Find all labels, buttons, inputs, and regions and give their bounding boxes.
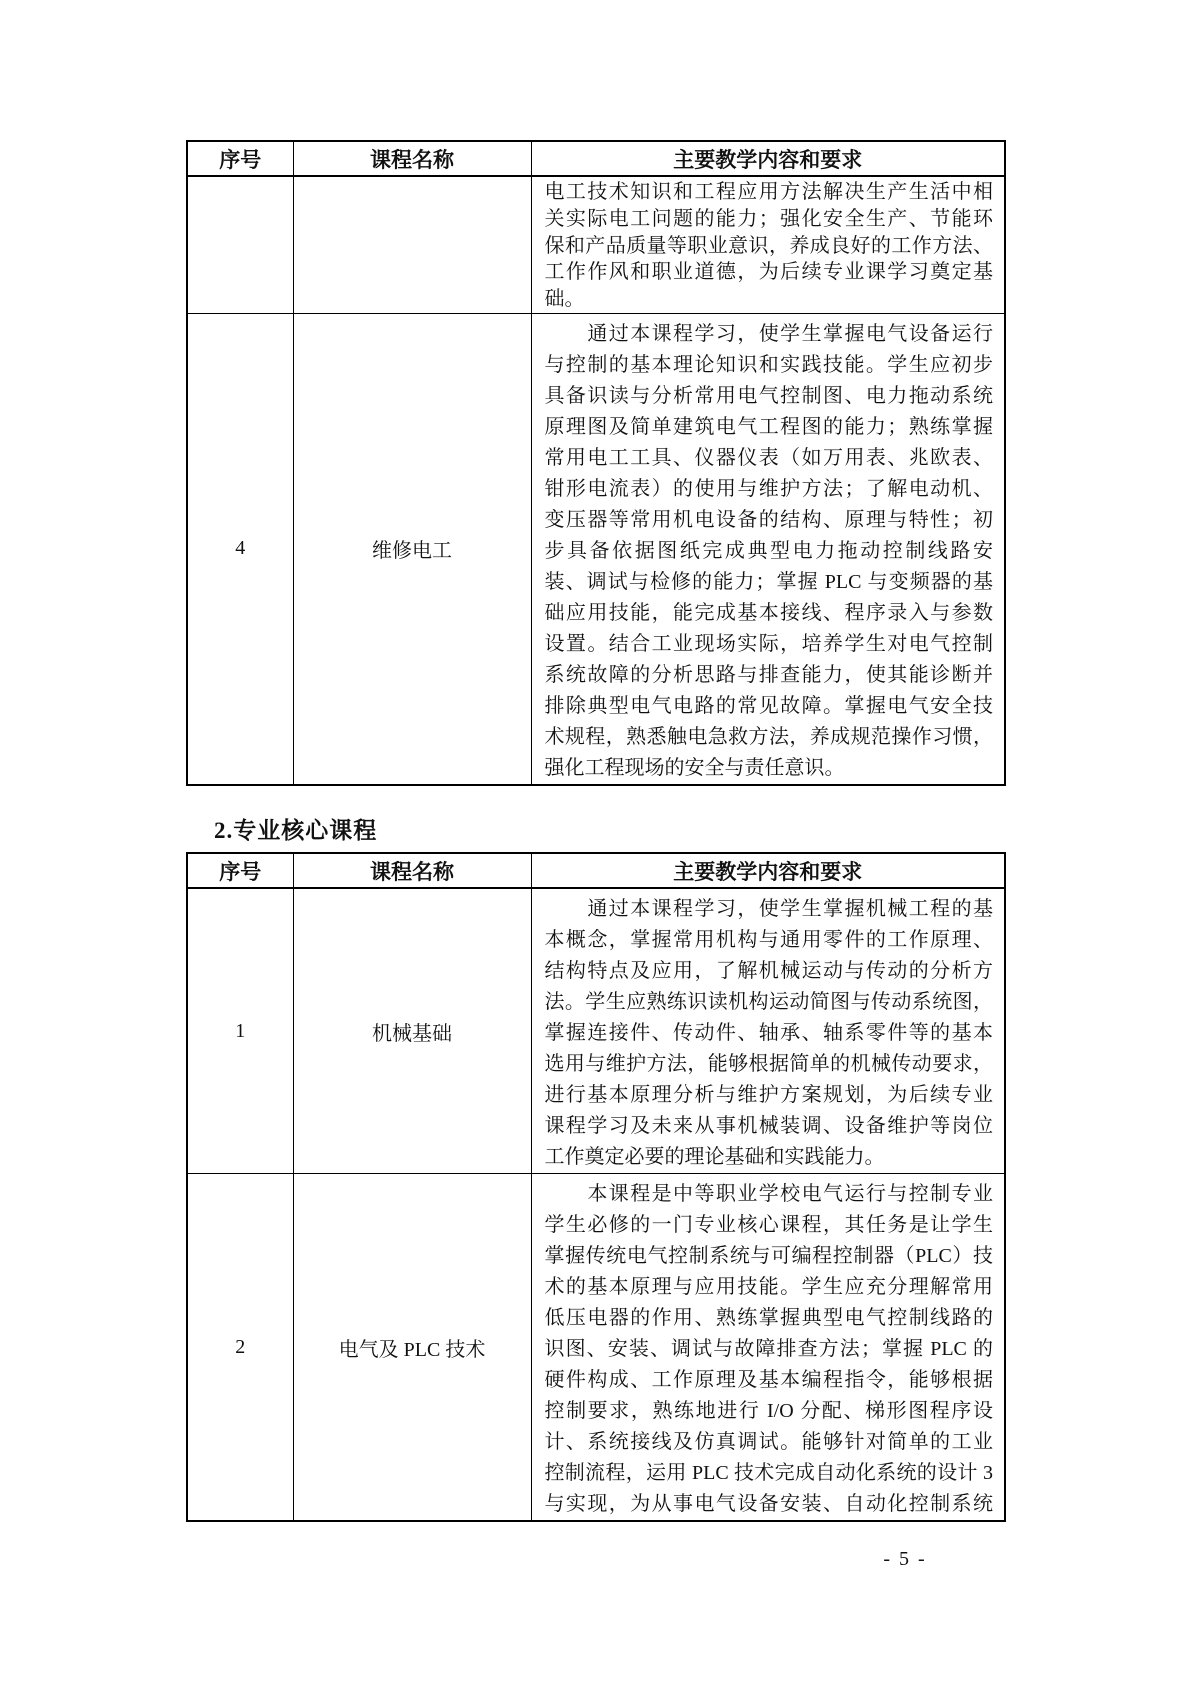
course-name-cell xyxy=(293,176,531,313)
serial-number-cell: 2 xyxy=(187,1174,293,1522)
column-header-teaching-content: 主要教学内容和要求 xyxy=(531,141,1005,176)
document-page: 序号 课程名称 主要教学内容和要求 电工技术知识和工程应用方法解决生产生活中相 … xyxy=(0,0,1191,1684)
table-row-mechanical-basics: 1 机械基础 通过本课程学习，使学生掌握机械工程的基 本概念，掌握常用机构与通用… xyxy=(187,888,1005,1174)
column-header-teaching-content: 主要教学内容和要求 xyxy=(531,853,1005,888)
column-header-serial-number: 序号 xyxy=(187,141,293,176)
table-row-maintenance-electrician: 4 维修电工 通过本课程学习，使学生掌握电气设备运行 与控制的基本理论知识和实践… xyxy=(187,313,1005,785)
teaching-content-last-line: 础。 xyxy=(545,286,994,313)
serial-number-cell: 4 xyxy=(187,313,293,785)
section-heading-core-courses: 2.专业核心课程 xyxy=(214,812,377,845)
teaching-content-cell: 电工技术知识和工程应用方法解决生产生活中相 关实际电工问题的能力；强化安全生产、… xyxy=(531,176,1005,313)
teaching-content-text: 电工技术知识和工程应用方法解决生产生活中相 关实际电工问题的能力；强化安全生产、… xyxy=(545,179,994,286)
teaching-content-text: 通过本课程学习，使学生掌握机械工程的基 本概念，掌握常用机构与通用零件的工作原理… xyxy=(545,894,994,1142)
teaching-content-cell: 通过本课程学习，使学生掌握机械工程的基 本概念，掌握常用机构与通用零件的工作原理… xyxy=(531,888,1005,1174)
course-name-cell: 维修电工 xyxy=(293,313,531,785)
course-table-basic: 序号 课程名称 主要教学内容和要求 电工技术知识和工程应用方法解决生产生活中相 … xyxy=(186,140,1006,786)
table-row-electrical-plc: 2 电气及 PLC 技术 本课程是中等职业学校电气运行与控制专业 学生必修的一门… xyxy=(187,1174,1005,1522)
teaching-content-cell: 本课程是中等职业学校电气运行与控制专业 学生必修的一门专业核心课程，其任务是让学… xyxy=(531,1174,1005,1522)
table-header-row: 序号 课程名称 主要教学内容和要求 xyxy=(187,141,1005,176)
table-row-continued: 电工技术知识和工程应用方法解决生产生活中相 关实际电工问题的能力；强化安全生产、… xyxy=(187,176,1005,313)
table-header-row: 序号 课程名称 主要教学内容和要求 xyxy=(187,853,1005,888)
serial-number-cell: 1 xyxy=(187,888,293,1174)
teaching-content-last-line: 强化工程现场的安全与责任意识。 xyxy=(545,753,994,784)
page-number: - 5 - xyxy=(860,1548,950,1571)
course-name-cell: 机械基础 xyxy=(293,888,531,1174)
column-header-serial-number: 序号 xyxy=(187,853,293,888)
teaching-content-last-line: 工作奠定必要的理论基础和实践能力。 xyxy=(545,1142,994,1173)
teaching-content-text: 本课程是中等职业学校电气运行与控制专业 学生必修的一门专业核心课程，其任务是让学… xyxy=(545,1179,994,1520)
teaching-content-cell: 通过本课程学习，使学生掌握电气设备运行 与控制的基本理论知识和实践技能。学生应初… xyxy=(531,313,1005,785)
column-header-course-name: 课程名称 xyxy=(293,141,531,176)
course-name-cell: 电气及 PLC 技术 xyxy=(293,1174,531,1522)
serial-number-cell xyxy=(187,176,293,313)
course-table-core: 序号 课程名称 主要教学内容和要求 1 机械基础 通过本课程学习，使学生掌握机械… xyxy=(186,852,1006,1522)
column-header-course-name: 课程名称 xyxy=(293,853,531,888)
teaching-content-text: 通过本课程学习，使学生掌握电气设备运行 与控制的基本理论知识和实践技能。学生应初… xyxy=(545,319,994,753)
